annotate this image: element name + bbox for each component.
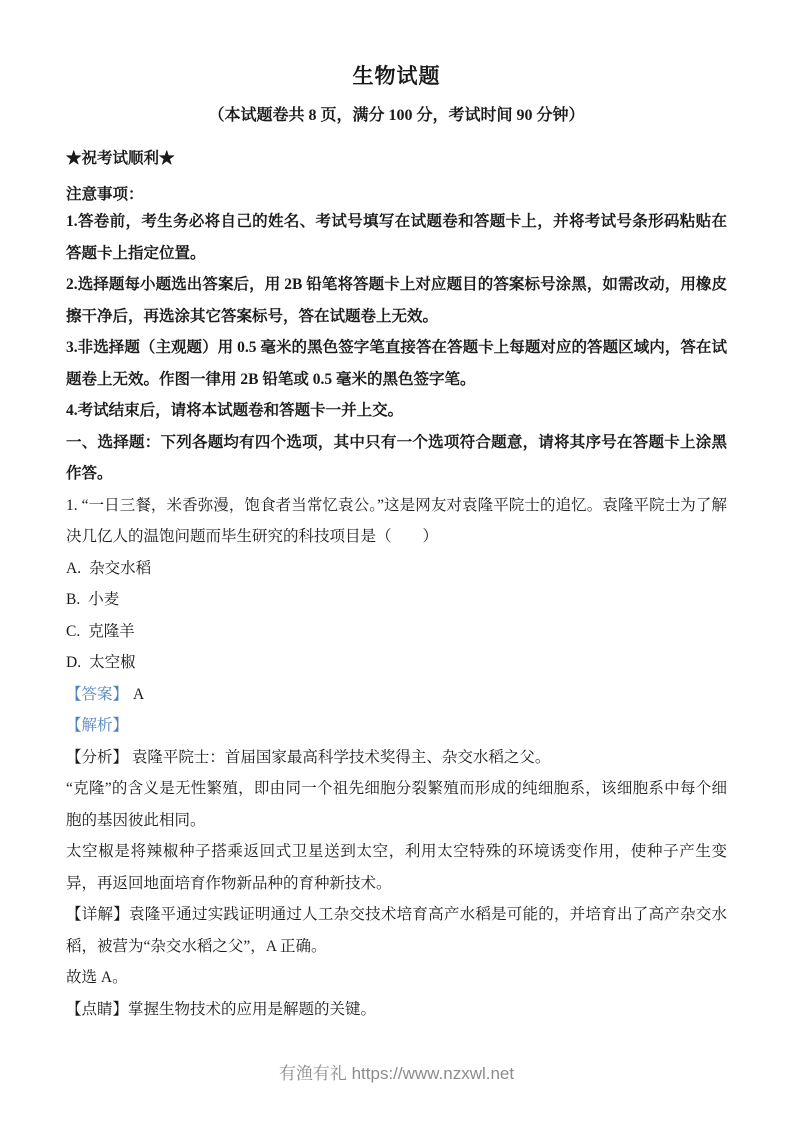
analysis-label: 【解析】 [66, 717, 128, 734]
analysis-heading: 【解析】 [66, 710, 727, 742]
exam-greeting: ★祝考试顺利★ [66, 148, 727, 170]
notice-heading: 注意事项： [66, 184, 727, 206]
option-a: A.杂交水稻 [66, 553, 727, 585]
answer-label: 【答案】 [66, 686, 128, 703]
analysis-paragraph-keypoint: 【点睛】掌握生物技术的应用是解题的关键。 [66, 994, 727, 1026]
option-d: D.太空椒 [66, 647, 727, 679]
option-b-label: B. [66, 591, 80, 608]
analysis-paragraph-overview: 【分析】 袁隆平院士：首届国家最高科学技术奖得主、杂交水稻之父。 [66, 742, 727, 774]
option-c-text: 克隆羊 [88, 623, 135, 640]
option-a-text: 杂交水稻 [89, 560, 151, 577]
notice-item-3: 3.非选择题（主观题）用 0.5 毫米的黑色签字笔直接答在答题卡上每题对应的答题… [66, 332, 727, 395]
option-b-text: 小麦 [88, 591, 119, 608]
analysis-paragraph-conclusion: 故选 A。 [66, 962, 727, 994]
answer-line: 【答案】A [66, 679, 727, 711]
notice-item-2: 2.选择题每小题选出答案后，用 2B 铅笔将答题卡上对应题目的答案标号涂黑，如需… [66, 269, 727, 332]
page-title: 生物试题 [66, 62, 727, 90]
notice-item-1: 1.答卷前，考生务必将自己的姓名、考试号填写在试题卷和答题卡上，并将考试号条形码… [66, 206, 727, 269]
analysis-paragraph-clone: “克隆”的含义是无性繁殖，即由同一个祖先细胞分裂繁殖而形成的纯细胞系，该细胞系中… [66, 773, 727, 836]
notice-item-4: 4.考试结束后，请将本试题卷和答题卡一并上交。 [66, 395, 727, 427]
question-stem: 1. “一日三餐，米香弥漫，饱食者当常忆袁公。”这是网友对袁隆平院士的追忆。袁隆… [66, 490, 727, 553]
option-a-label: A. [66, 560, 81, 577]
option-c: C.克隆羊 [66, 616, 727, 648]
option-d-label: D. [66, 654, 81, 671]
analysis-paragraph-detail: 【详解】袁隆平通过实践证明通过人工杂交技术培育高产水稻是可能的，并培育出了高产杂… [66, 899, 727, 962]
option-d-text: 太空椒 [89, 654, 136, 671]
option-b: B.小麦 [66, 584, 727, 616]
exam-meta-subtitle: （本试题卷共 8 页，满分 100 分，考试时间 90 分钟） [66, 104, 727, 128]
watermark-footer: 有渔有礼 https://www.nzxwl.net [0, 1062, 793, 1086]
answer-value: A [133, 686, 144, 703]
section-heading: 一、选择题：下列各题均有四个选项，其中只有一个选项符合题意，请将其序号在答题卡上… [66, 427, 727, 490]
analysis-paragraph-space-pepper: 太空椒是将辣椒种子搭乘返回式卫星送到太空，利用太空特殊的环境诱变作用，使种子产生… [66, 836, 727, 899]
option-c-label: C. [66, 623, 80, 640]
exam-document-page: 生物试题 （本试题卷共 8 页，满分 100 分，考试时间 90 分钟） ★祝考… [0, 0, 793, 1122]
